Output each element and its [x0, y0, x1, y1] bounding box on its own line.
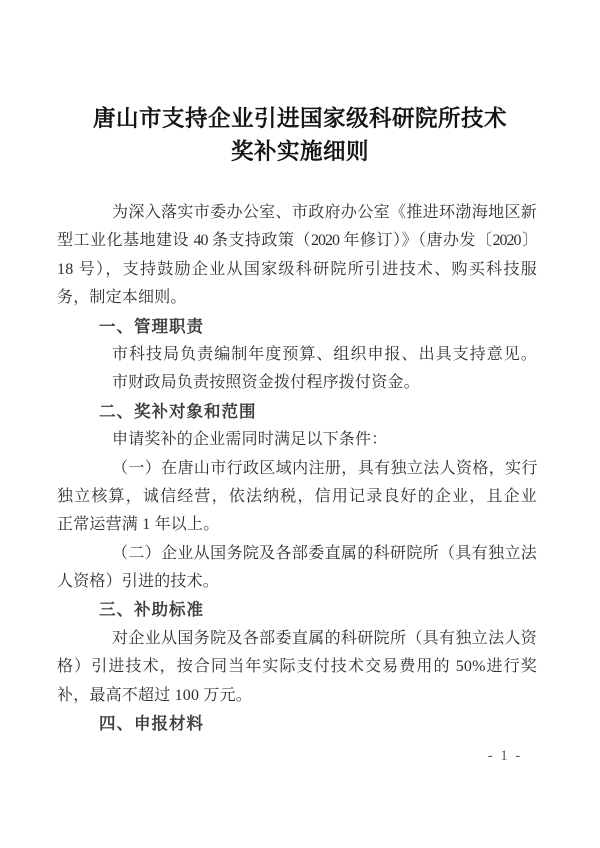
body-line: 型工业化基地建设 40 条支持政策（2020 年修订）》（唐办发〔2020〕 [57, 227, 537, 255]
document-page: 唐山市支持企业引进国家级科研院所技术 奖补实施细则 为深入落实市委办公室、市政府… [0, 0, 600, 848]
section-heading-1: 一、管理职责 [57, 313, 537, 341]
body-line: （二）企业从国务院及各部委直属的科研院所（具有独立法 [57, 540, 537, 568]
body-line: 正常运营满 1 年以上。 [57, 511, 537, 539]
body-line: 务，制定本细则。 [57, 284, 537, 312]
body-line: （一）在唐山市行政区域内注册，具有独立法人资格，实行 [57, 455, 537, 483]
body-line: 对企业从国务院及各部委直属的科研院所（具有独立法人资 [57, 625, 537, 653]
body-line: 市科技局负责编制年度预算、组织申报、出具支持意见。 [57, 341, 537, 369]
section-heading-4: 四、申报材料 [57, 710, 537, 738]
page-number: - 1 - [455, 748, 555, 765]
document-title: 唐山市支持企业引进国家级科研院所技术 奖补实施细则 [60, 102, 540, 168]
body-line: 格）引进技术，按合同当年实际支付技术交易费用的 50%进行奖 [57, 653, 537, 681]
body-line: 为深入落实市委办公室、市政府办公室《推进环渤海地区新 [57, 199, 537, 227]
body-line: 申请奖补的企业需同时满足以下条件： [57, 426, 537, 454]
section-heading-3: 三、补助标准 [57, 596, 537, 624]
body-line: 市财政局负责按照资金拨付程序拨付资金。 [57, 369, 537, 397]
body-line: 人资格）引进的技术。 [57, 568, 537, 596]
title-line-1: 唐山市支持企业引进国家级科研院所技术 [60, 102, 540, 135]
title-line-2: 奖补实施细则 [60, 135, 540, 168]
body-line: 18 号），支持鼓励企业从国家级科研院所引进技术、购买科技服 [57, 256, 537, 284]
body-line: 独立核算，诚信经营，依法纳税，信用记录良好的企业，且企业 [57, 483, 537, 511]
body-line: 补，最高不超过 100 万元。 [57, 682, 537, 710]
section-heading-2: 二、奖补对象和范围 [57, 398, 537, 426]
document-body: 为深入落实市委办公室、市政府办公室《推进环渤海地区新 型工业化基地建设 40 条… [57, 199, 537, 738]
